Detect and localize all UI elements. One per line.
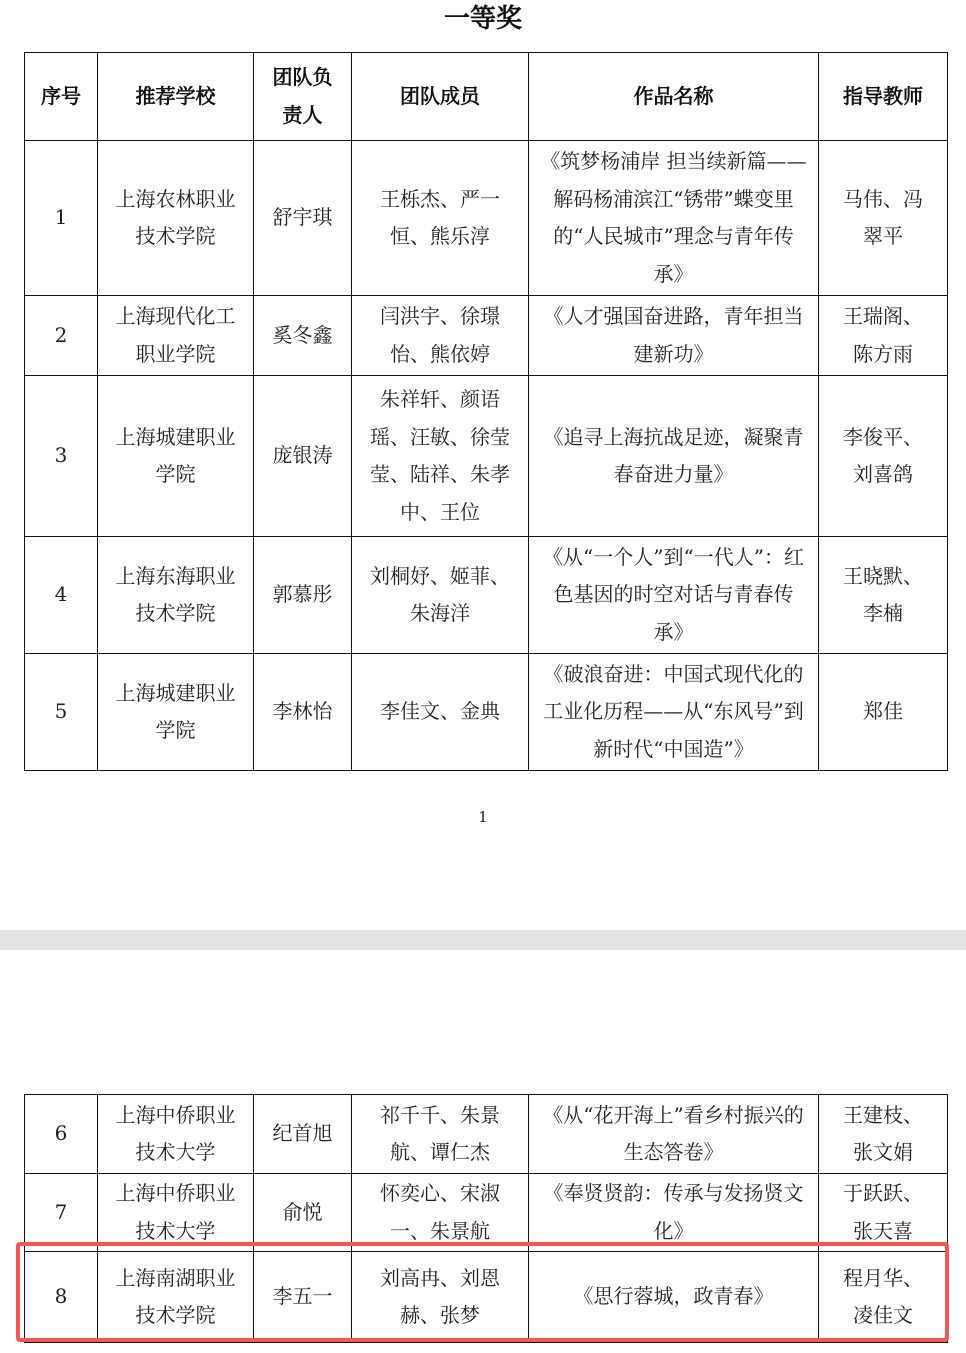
cell-school: 上海中侨职业技术大学 xyxy=(98,1095,254,1174)
header-members: 团队成员 xyxy=(352,53,529,141)
cell-members: 朱祥轩、颜语瑶、汪敏、徐莹莹、陆祥、朱孝中、王位 xyxy=(352,376,529,537)
cell-members: 祁千千、朱景航、谭仁杰 xyxy=(352,1095,529,1174)
cell-advisor: 王建枝、张文娟 xyxy=(819,1095,948,1174)
cell-members: 王栎杰、严一恒、熊乐淳 xyxy=(352,141,529,296)
cell-work: 《思行蓉城，政青春》 xyxy=(529,1252,819,1343)
cell-no: 5 xyxy=(25,654,98,771)
cell-advisor: 程月华、凌佳文 xyxy=(819,1252,948,1343)
cell-work: 《人才强国奋进路，青年担当建新功》 xyxy=(529,296,819,376)
cell-work: 《追寻上海抗战足迹，凝聚青春奋进力量》 xyxy=(529,376,819,537)
cell-no: 8 xyxy=(25,1252,98,1343)
header-advisor: 指导教师 xyxy=(819,53,948,141)
award-table-page-1: 序号 推荐学校 团队负责人 团队成员 作品名称 指导教师 1 上海农林职业技术学… xyxy=(24,52,948,771)
cell-members: 怀奕心、宋淑一、朱景航 xyxy=(352,1174,529,1252)
cell-members: 刘高冉、刘恩赫、张梦 xyxy=(352,1252,529,1343)
cell-leader: 舒宇琪 xyxy=(254,141,352,296)
cell-no: 1 xyxy=(25,141,98,296)
cell-advisor: 马伟、冯翠平 xyxy=(819,141,948,296)
cell-leader: 郭慕彤 xyxy=(254,537,352,654)
header-school: 推荐学校 xyxy=(98,53,254,141)
cell-school: 上海东海职业技术学院 xyxy=(98,537,254,654)
cell-advisor: 李俊平、刘喜鸽 xyxy=(819,376,948,537)
table-row: 1 上海农林职业技术学院 舒宇琪 王栎杰、严一恒、熊乐淳 《筑梦杨浦岸 担当续新… xyxy=(25,141,948,296)
cell-advisor: 王瑞阁、陈方雨 xyxy=(819,296,948,376)
table-row: 4 上海东海职业技术学院 郭慕彤 刘桐妤、姬菲、朱海洋 《从“一个人”到“一代人… xyxy=(25,537,948,654)
page-separator xyxy=(0,930,966,950)
table-row: 2 上海现代化工职业学院 奚冬鑫 闫洪宇、徐璟怡、熊依婷 《人才强国奋进路，青年… xyxy=(25,296,948,376)
cell-work: 《筑梦杨浦岸 担当续新篇——解码杨浦滨江“锈带”蝶变里的“人民城市”理念与青年传… xyxy=(529,141,819,296)
cell-work: 《从“一个人”到“一代人”：红色基因的时空对话与青春传承》 xyxy=(529,537,819,654)
cell-members: 闫洪宇、徐璟怡、熊依婷 xyxy=(352,296,529,376)
cell-leader: 奚冬鑫 xyxy=(254,296,352,376)
cell-work: 《破浪奋进：中国式现代化的工业化历程——从“东风号”到新时代“中国造”》 xyxy=(529,654,819,771)
table-header-row: 序号 推荐学校 团队负责人 团队成员 作品名称 指导教师 xyxy=(25,53,948,141)
cell-school: 上海城建职业学院 xyxy=(98,654,254,771)
cell-leader: 庞银涛 xyxy=(254,376,352,537)
cell-leader: 纪首旭 xyxy=(254,1095,352,1174)
cell-advisor: 于跃跃、张天喜 xyxy=(819,1174,948,1252)
cell-school: 上海南湖职业技术学院 xyxy=(98,1252,254,1343)
cell-leader: 俞悦 xyxy=(254,1174,352,1252)
cell-school: 上海中侨职业技术大学 xyxy=(98,1174,254,1252)
cell-school: 上海城建职业学院 xyxy=(98,376,254,537)
document-page-2: 6 上海中侨职业技术大学 纪首旭 祁千千、朱景航、谭仁杰 《从“花开海上”看乡村… xyxy=(0,950,966,1353)
cell-work: 《从“花开海上”看乡村振兴的生态答卷》 xyxy=(529,1095,819,1174)
header-work: 作品名称 xyxy=(529,53,819,141)
cell-work: 《奉贤贤韵：传承与发扬贤文化》 xyxy=(529,1174,819,1252)
cell-no: 3 xyxy=(25,376,98,537)
page-title: 一等奖 xyxy=(0,2,966,36)
header-no: 序号 xyxy=(25,53,98,141)
award-table-page-2: 6 上海中侨职业技术大学 纪首旭 祁千千、朱景航、谭仁杰 《从“花开海上”看乡村… xyxy=(24,1094,948,1343)
cell-no: 4 xyxy=(25,537,98,654)
document-page-1: 一等奖 序号 推荐学校 团队负责人 团队成员 作品名称 指导教师 1 上海农林职… xyxy=(0,0,966,930)
cell-school: 上海农林职业技术学院 xyxy=(98,141,254,296)
page-number: 1 xyxy=(0,808,966,826)
cell-no: 2 xyxy=(25,296,98,376)
header-leader: 团队负责人 xyxy=(254,53,352,141)
cell-members: 李佳文、金典 xyxy=(352,654,529,771)
table-row: 5 上海城建职业学院 李林怡 李佳文、金典 《破浪奋进：中国式现代化的工业化历程… xyxy=(25,654,948,771)
table-row: 7 上海中侨职业技术大学 俞悦 怀奕心、宋淑一、朱景航 《奉贤贤韵：传承与发扬贤… xyxy=(25,1174,948,1252)
table-row: 6 上海中侨职业技术大学 纪首旭 祁千千、朱景航、谭仁杰 《从“花开海上”看乡村… xyxy=(25,1095,948,1174)
cell-school: 上海现代化工职业学院 xyxy=(98,296,254,376)
cell-leader: 李林怡 xyxy=(254,654,352,771)
cell-no: 7 xyxy=(25,1174,98,1252)
cell-advisor: 郑佳 xyxy=(819,654,948,771)
cell-advisor: 王晓默、李楠 xyxy=(819,537,948,654)
cell-leader: 李五一 xyxy=(254,1252,352,1343)
cell-no: 6 xyxy=(25,1095,98,1174)
cell-members: 刘桐妤、姬菲、朱海洋 xyxy=(352,537,529,654)
table-row: 3 上海城建职业学院 庞银涛 朱祥轩、颜语瑶、汪敏、徐莹莹、陆祥、朱孝中、王位 … xyxy=(25,376,948,537)
table-row-highlighted: 8 上海南湖职业技术学院 李五一 刘高冉、刘恩赫、张梦 《思行蓉城，政青春》 程… xyxy=(25,1252,948,1343)
